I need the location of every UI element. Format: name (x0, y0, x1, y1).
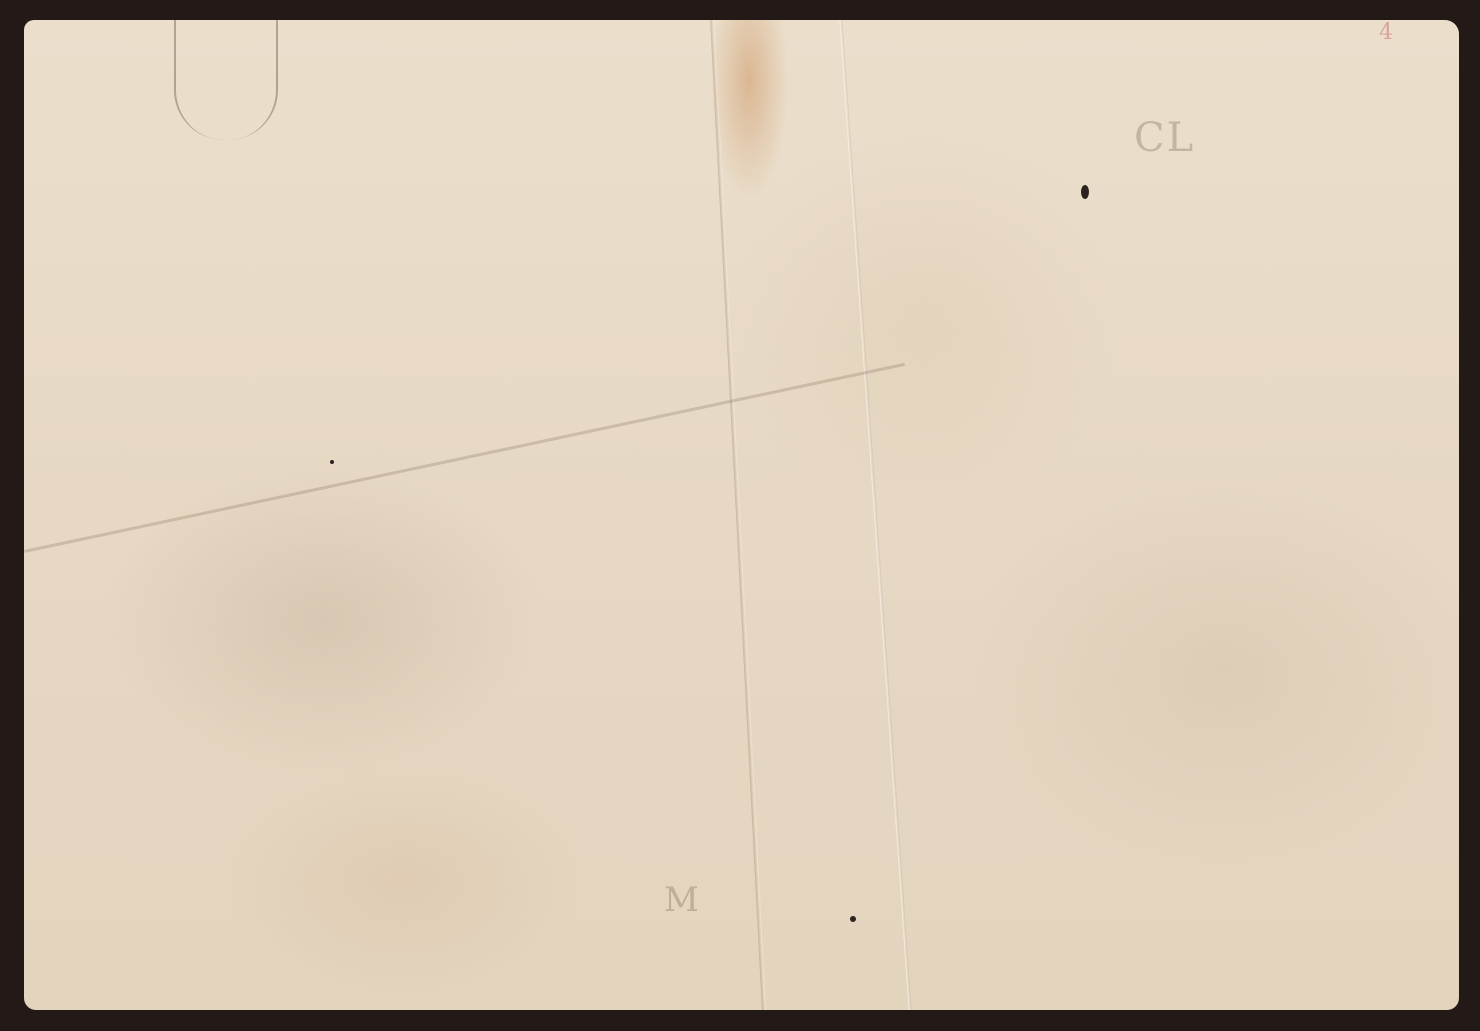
faint-print-top-right: CL (1134, 115, 1195, 161)
ink-spot (330, 460, 334, 464)
vertical-fold-crease (710, 20, 766, 1010)
paper-crack (174, 20, 278, 140)
diagonal-crease (24, 363, 905, 553)
corner-mark: 4 (1379, 20, 1395, 45)
faint-print-bottom: M (664, 880, 701, 920)
banknote-paper: CL M 4 (24, 20, 1459, 1010)
ink-spot (1081, 185, 1089, 199)
vertical-fold-crease-right (839, 20, 911, 1010)
ink-spot (850, 916, 856, 922)
